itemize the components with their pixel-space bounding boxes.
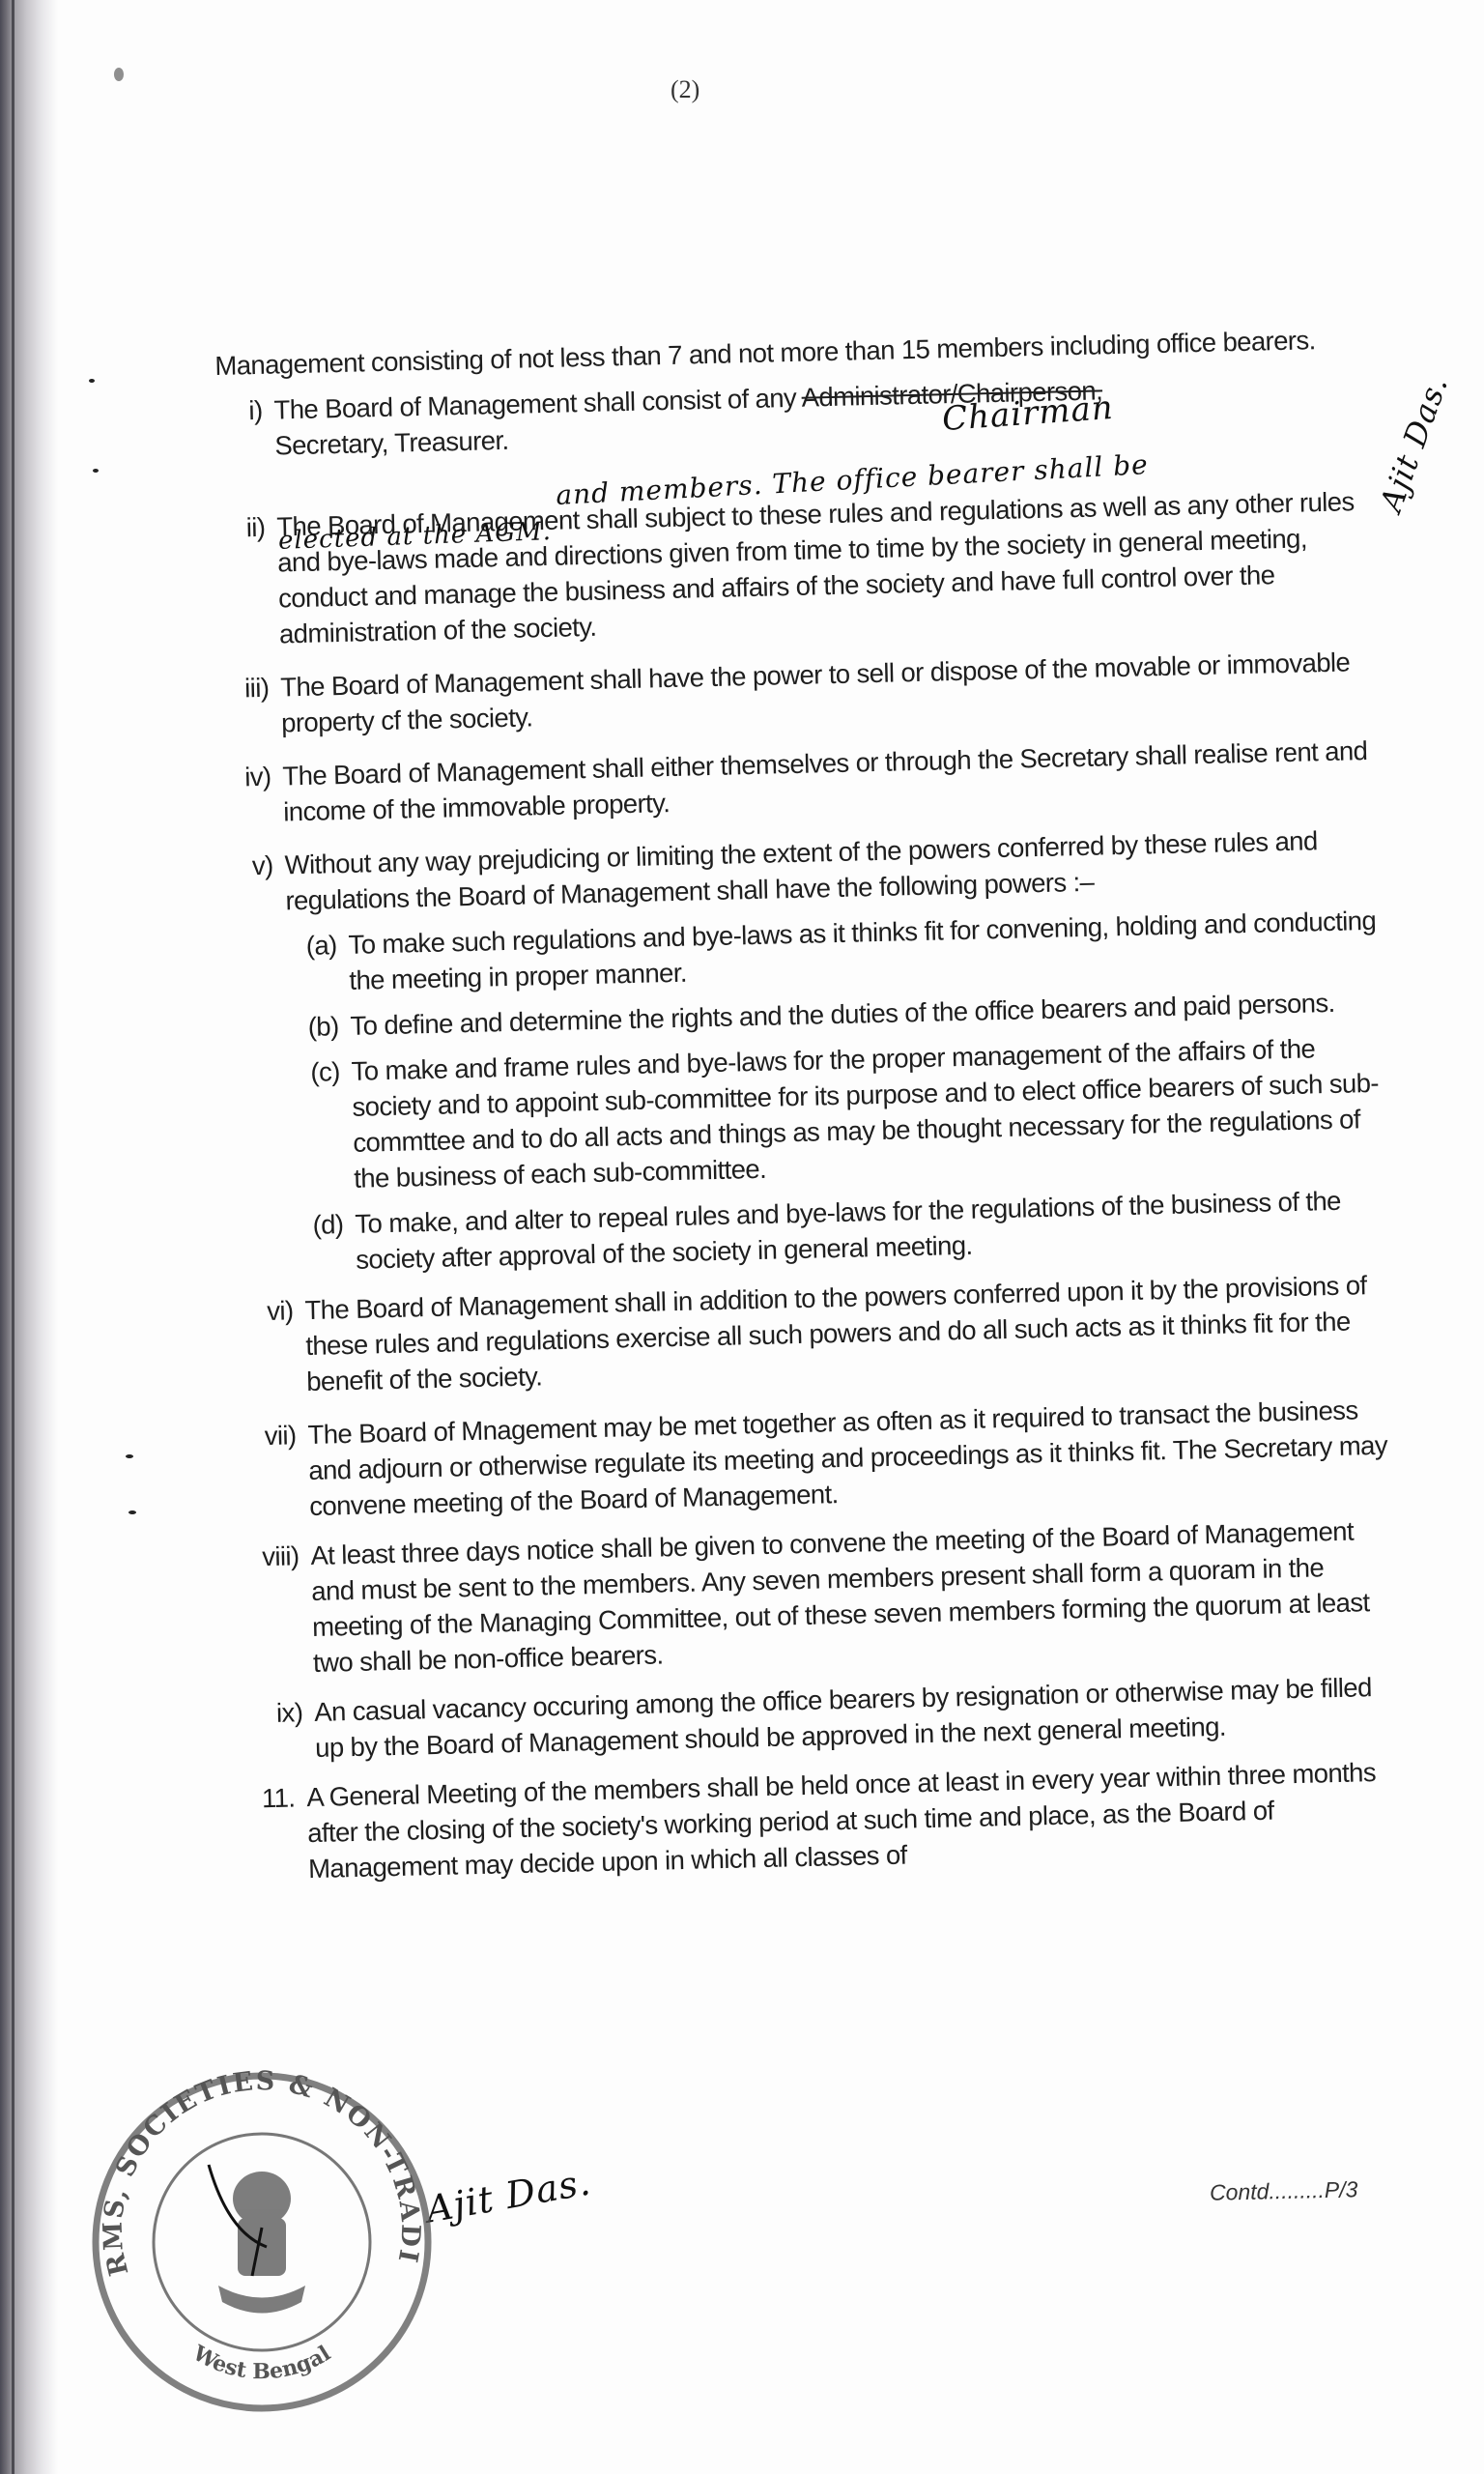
clause-number: 11. — [248, 1779, 309, 1887]
page-number: (2) — [671, 75, 699, 104]
national-emblem-icon — [218, 2172, 305, 2314]
seal-bottom-text: West Bengal — [187, 2340, 334, 2384]
sub-clause-number: (c) — [289, 1053, 354, 1197]
official-seal-stamp: REGISTRAR OF FIRMS, SOCIETIES & NON-TRAD… — [83, 2058, 441, 2416]
sub-clause-d: (d) To make, and alter to repeal rules a… — [293, 1182, 1385, 1280]
sub-clause-a: (a) To make such regulations and bye-law… — [286, 903, 1379, 1000]
clause-number: v) — [226, 847, 295, 1280]
clause-11: 11. A General Meeting of the members sha… — [248, 1754, 1400, 1888]
sub-clause-number: (b) — [288, 1008, 351, 1045]
scan-binding-shadow — [0, 0, 58, 2474]
clause-text: The Board of Management shall in additio… — [304, 1267, 1388, 1399]
clause-vii: vii) The Board of Mnagement may be met t… — [240, 1392, 1391, 1526]
clause-number: ix) — [246, 1694, 316, 1768]
clause-number: iv) — [224, 758, 284, 830]
scan-speck — [126, 1454, 133, 1458]
clause-text: The Board of Management shall subject to… — [276, 483, 1371, 652]
sub-clause-text: To make such regulations and bye-laws as… — [348, 903, 1379, 998]
clause-vi: vi) The Board of Management shall in add… — [237, 1267, 1388, 1401]
clause-number: ii) — [218, 509, 279, 653]
clause-text: An casual vacancy occuring among the off… — [314, 1669, 1397, 1766]
clause-text: The Board of Management shall have the p… — [280, 644, 1373, 741]
margin-signature: Ajit Das. — [1372, 371, 1455, 517]
clause-text: Without any way prejudicing or limiting … — [284, 821, 1385, 1279]
clause-number: vii) — [240, 1417, 310, 1526]
clause-number: i) — [215, 392, 276, 501]
scan-speck — [114, 68, 124, 81]
document-body: Management consisting of not less than 7… — [214, 321, 1400, 1888]
clause-number: viii) — [243, 1538, 313, 1683]
clause-ii: ii) The Board of Management shall subjec… — [218, 483, 1371, 653]
clause-text: A General Meeting of the members shall b… — [306, 1754, 1400, 1887]
clause-text-part: The Board of Management shall consist of… — [273, 383, 802, 425]
sub-clause-number: (d) — [293, 1206, 357, 1279]
clause-text: The Board of Mnagement may be met togeth… — [307, 1392, 1391, 1524]
scan-speck — [128, 1510, 136, 1514]
svg-text:West Bengal: West Bengal — [187, 2340, 334, 2384]
scan-binding-edge — [12, 0, 14, 2474]
clause-v: v) Without any way prejudicing or limiti… — [226, 821, 1385, 1280]
clause-ix: ix) An casual vacancy occuring among the… — [246, 1669, 1397, 1768]
clause-number: vi) — [237, 1292, 307, 1401]
clause-text: The Board of Management shall either the… — [282, 733, 1375, 830]
clause-text: At least three days notice shall be give… — [310, 1512, 1395, 1681]
sub-clause-number: (a) — [286, 927, 350, 999]
scan-speck — [93, 469, 99, 473]
clause-iv: iv) The Board of Management shall either… — [224, 733, 1375, 831]
clause-number: iii) — [222, 669, 282, 741]
bottom-signature: Ajit Das. — [422, 2160, 593, 2230]
clause-viii: viii) At least three days notice shall b… — [243, 1512, 1395, 1683]
clause-iii: iii) The Board of Management shall have … — [222, 644, 1373, 742]
clause-v-text: Without any way prejudicing or limiting … — [284, 825, 1318, 915]
sub-clause-text: To make, and alter to repeal rules and b… — [355, 1182, 1385, 1278]
scan-speck — [89, 379, 95, 383]
continued-footer: Contd.........P/3 — [1210, 2176, 1358, 2205]
clause-text-part: Secretary, Treasurer. — [274, 425, 509, 461]
sub-clause-c: (c) To make and frame rules and bye-laws… — [289, 1029, 1384, 1198]
sub-clause-text: To make and frame rules and bye-laws for… — [351, 1029, 1384, 1196]
